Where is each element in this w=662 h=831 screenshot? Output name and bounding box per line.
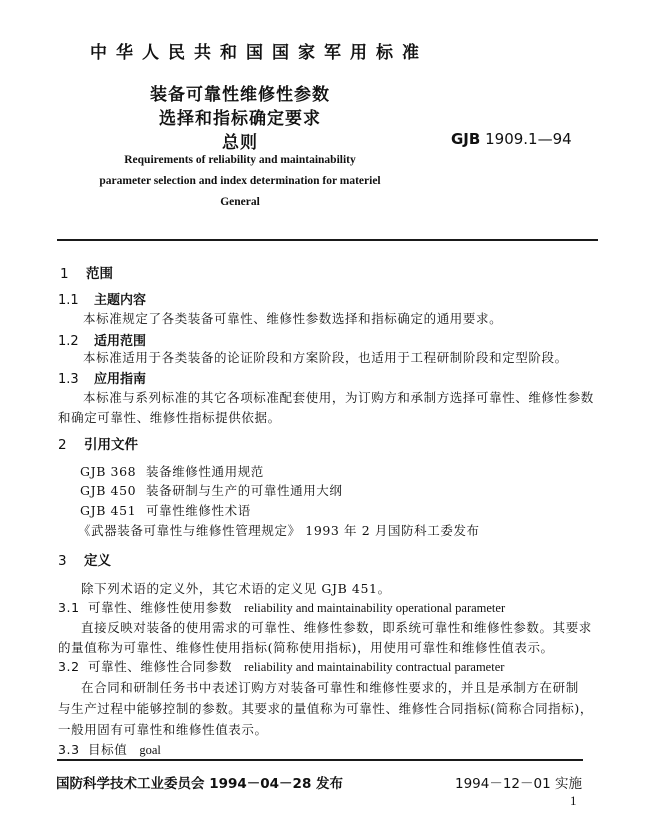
header-divider — [57, 239, 598, 241]
standard-code: GJB — [451, 130, 480, 148]
section-1-1-heading: 1.1主题内容 — [58, 289, 146, 308]
standard-type-heading: 中华人民共和国国家军用标准 — [90, 38, 428, 63]
reference-code: GJB 368 — [80, 464, 146, 479]
title-cn-line-3: 总则 — [222, 128, 258, 153]
section-number: 3.2 — [58, 659, 88, 674]
section-3-2-heading: 3.2可靠性、维修性合同参数reliability and maintainab… — [58, 657, 504, 675]
section-number: 1.1 — [58, 293, 94, 308]
title-cn-line-2: 选择和指标确定要求 — [159, 104, 321, 129]
section-1-3-body-line-1: 本标准与系列标准的其它各项标准配套使用，为订购方和承制方选择可靠性、维修性参数 — [83, 388, 594, 406]
page-number: 1 — [570, 793, 577, 809]
section-title: 范围 — [86, 266, 113, 282]
section-number: 1.2 — [58, 334, 94, 349]
section-title: 适用范围 — [94, 334, 146, 349]
section-3-heading: 3定义 — [58, 549, 111, 569]
title-en-line-2: parameter selection and index determinat… — [99, 175, 380, 187]
term-english: reliability and maintainability contract… — [244, 660, 504, 674]
section-title: 定义 — [84, 553, 111, 569]
section-3-1-body-line-1: 直接反映对装备的使用需求的可靠性、维修性参数，即系统可靠性和维修性参数。其要求 — [81, 618, 592, 636]
reference-item: GJB 368装备维修性通用规范 — [80, 462, 264, 480]
reference-title: 可靠性维修性术语 — [146, 503, 251, 518]
section-number: 3.3 — [58, 742, 88, 757]
term-english: reliability and maintainability operatio… — [244, 601, 505, 615]
section-3-1-heading: 3.1可靠性、维修性使用参数reliability and maintainab… — [58, 598, 505, 616]
reference-item: GJB 451可靠性维修性术语 — [80, 501, 251, 519]
section-title: 目标值 — [88, 742, 127, 757]
section-2-heading: 2引用文件 — [58, 433, 138, 453]
section-title: 可靠性、维修性合同参数 — [88, 659, 232, 674]
standard-number-value: 1909.1—94 — [485, 130, 572, 148]
reference-title: 装备维修性通用规范 — [146, 464, 264, 479]
section-title: 主题内容 — [94, 293, 146, 308]
section-number: 2 — [58, 437, 84, 453]
issuer-and-issue-date: 国防科学技术工业委员会 1994－04－28 发布 — [56, 772, 343, 792]
reference-code: GJB 450 — [80, 483, 146, 498]
reference-title: 装备研制与生产的可靠性通用大纲 — [146, 483, 343, 498]
title-en-line-1: Requirements of reliability and maintain… — [124, 154, 356, 166]
title-en-line-3: General — [220, 196, 260, 208]
section-3-2-body-line-2: 与生产过程中能够控制的参数。其要求的量值称为可靠性、维修性合同指标(简称合同指标… — [58, 699, 593, 717]
section-1-1-body: 本标准规定了各类装备可靠性、维修性参数选择和指标确定的通用要求。 — [83, 309, 502, 327]
section-1-heading: 1范围 — [60, 262, 113, 282]
standard-number: GJB 1909.1—94 — [451, 130, 572, 148]
footer-divider — [57, 759, 583, 761]
reference-item-regulation: 《武器装备可靠性与维修性管理规定》 1993 年 2 月国防科工委发布 — [78, 521, 480, 539]
effective-date: 1994－12－01 实施 — [455, 772, 582, 792]
term-english: goal — [139, 743, 161, 757]
section-1-2-body: 本标准适用于各类装备的论证阶段和方案阶段，也适用于工程研制阶段和定型阶段。 — [83, 348, 568, 366]
section-3-1-body-line-2: 的量值称为可靠性、维修性使用指标(简称使用指标)，用使用可靠性和维修性值表示。 — [58, 638, 554, 656]
section-number: 3 — [58, 553, 84, 569]
section-1-3-body-line-2: 和确定可靠性、维修性指标提供依据。 — [58, 408, 281, 426]
section-1-3-heading: 1.3应用指南 — [58, 368, 146, 387]
section-number: 3.1 — [58, 600, 88, 615]
reference-item: GJB 450装备研制与生产的可靠性通用大纲 — [80, 481, 343, 499]
section-number: 1.3 — [58, 372, 94, 387]
section-title: 可靠性、维修性使用参数 — [88, 600, 232, 615]
section-title: 应用指南 — [94, 372, 146, 387]
section-3-3-heading: 3.3目标值goal — [58, 740, 161, 758]
section-title: 引用文件 — [84, 437, 138, 453]
title-cn-line-1: 装备可靠性维修性参数 — [150, 80, 330, 105]
reference-code: GJB 451 — [80, 503, 146, 518]
section-3-intro: 除下列术语的定义外，其它术语的定义见 GJB 451。 — [81, 579, 391, 597]
section-3-2-body-line-1: 在合同和研制任务书中表述订购方对装备可靠性和维修性要求的，并且是承制方在研制 — [81, 678, 579, 696]
section-1-2-heading: 1.2适用范围 — [58, 330, 146, 349]
section-3-2-body-line-3: 一般用固有可靠性和维修性值表示。 — [58, 720, 268, 738]
section-number: 1 — [60, 266, 86, 282]
